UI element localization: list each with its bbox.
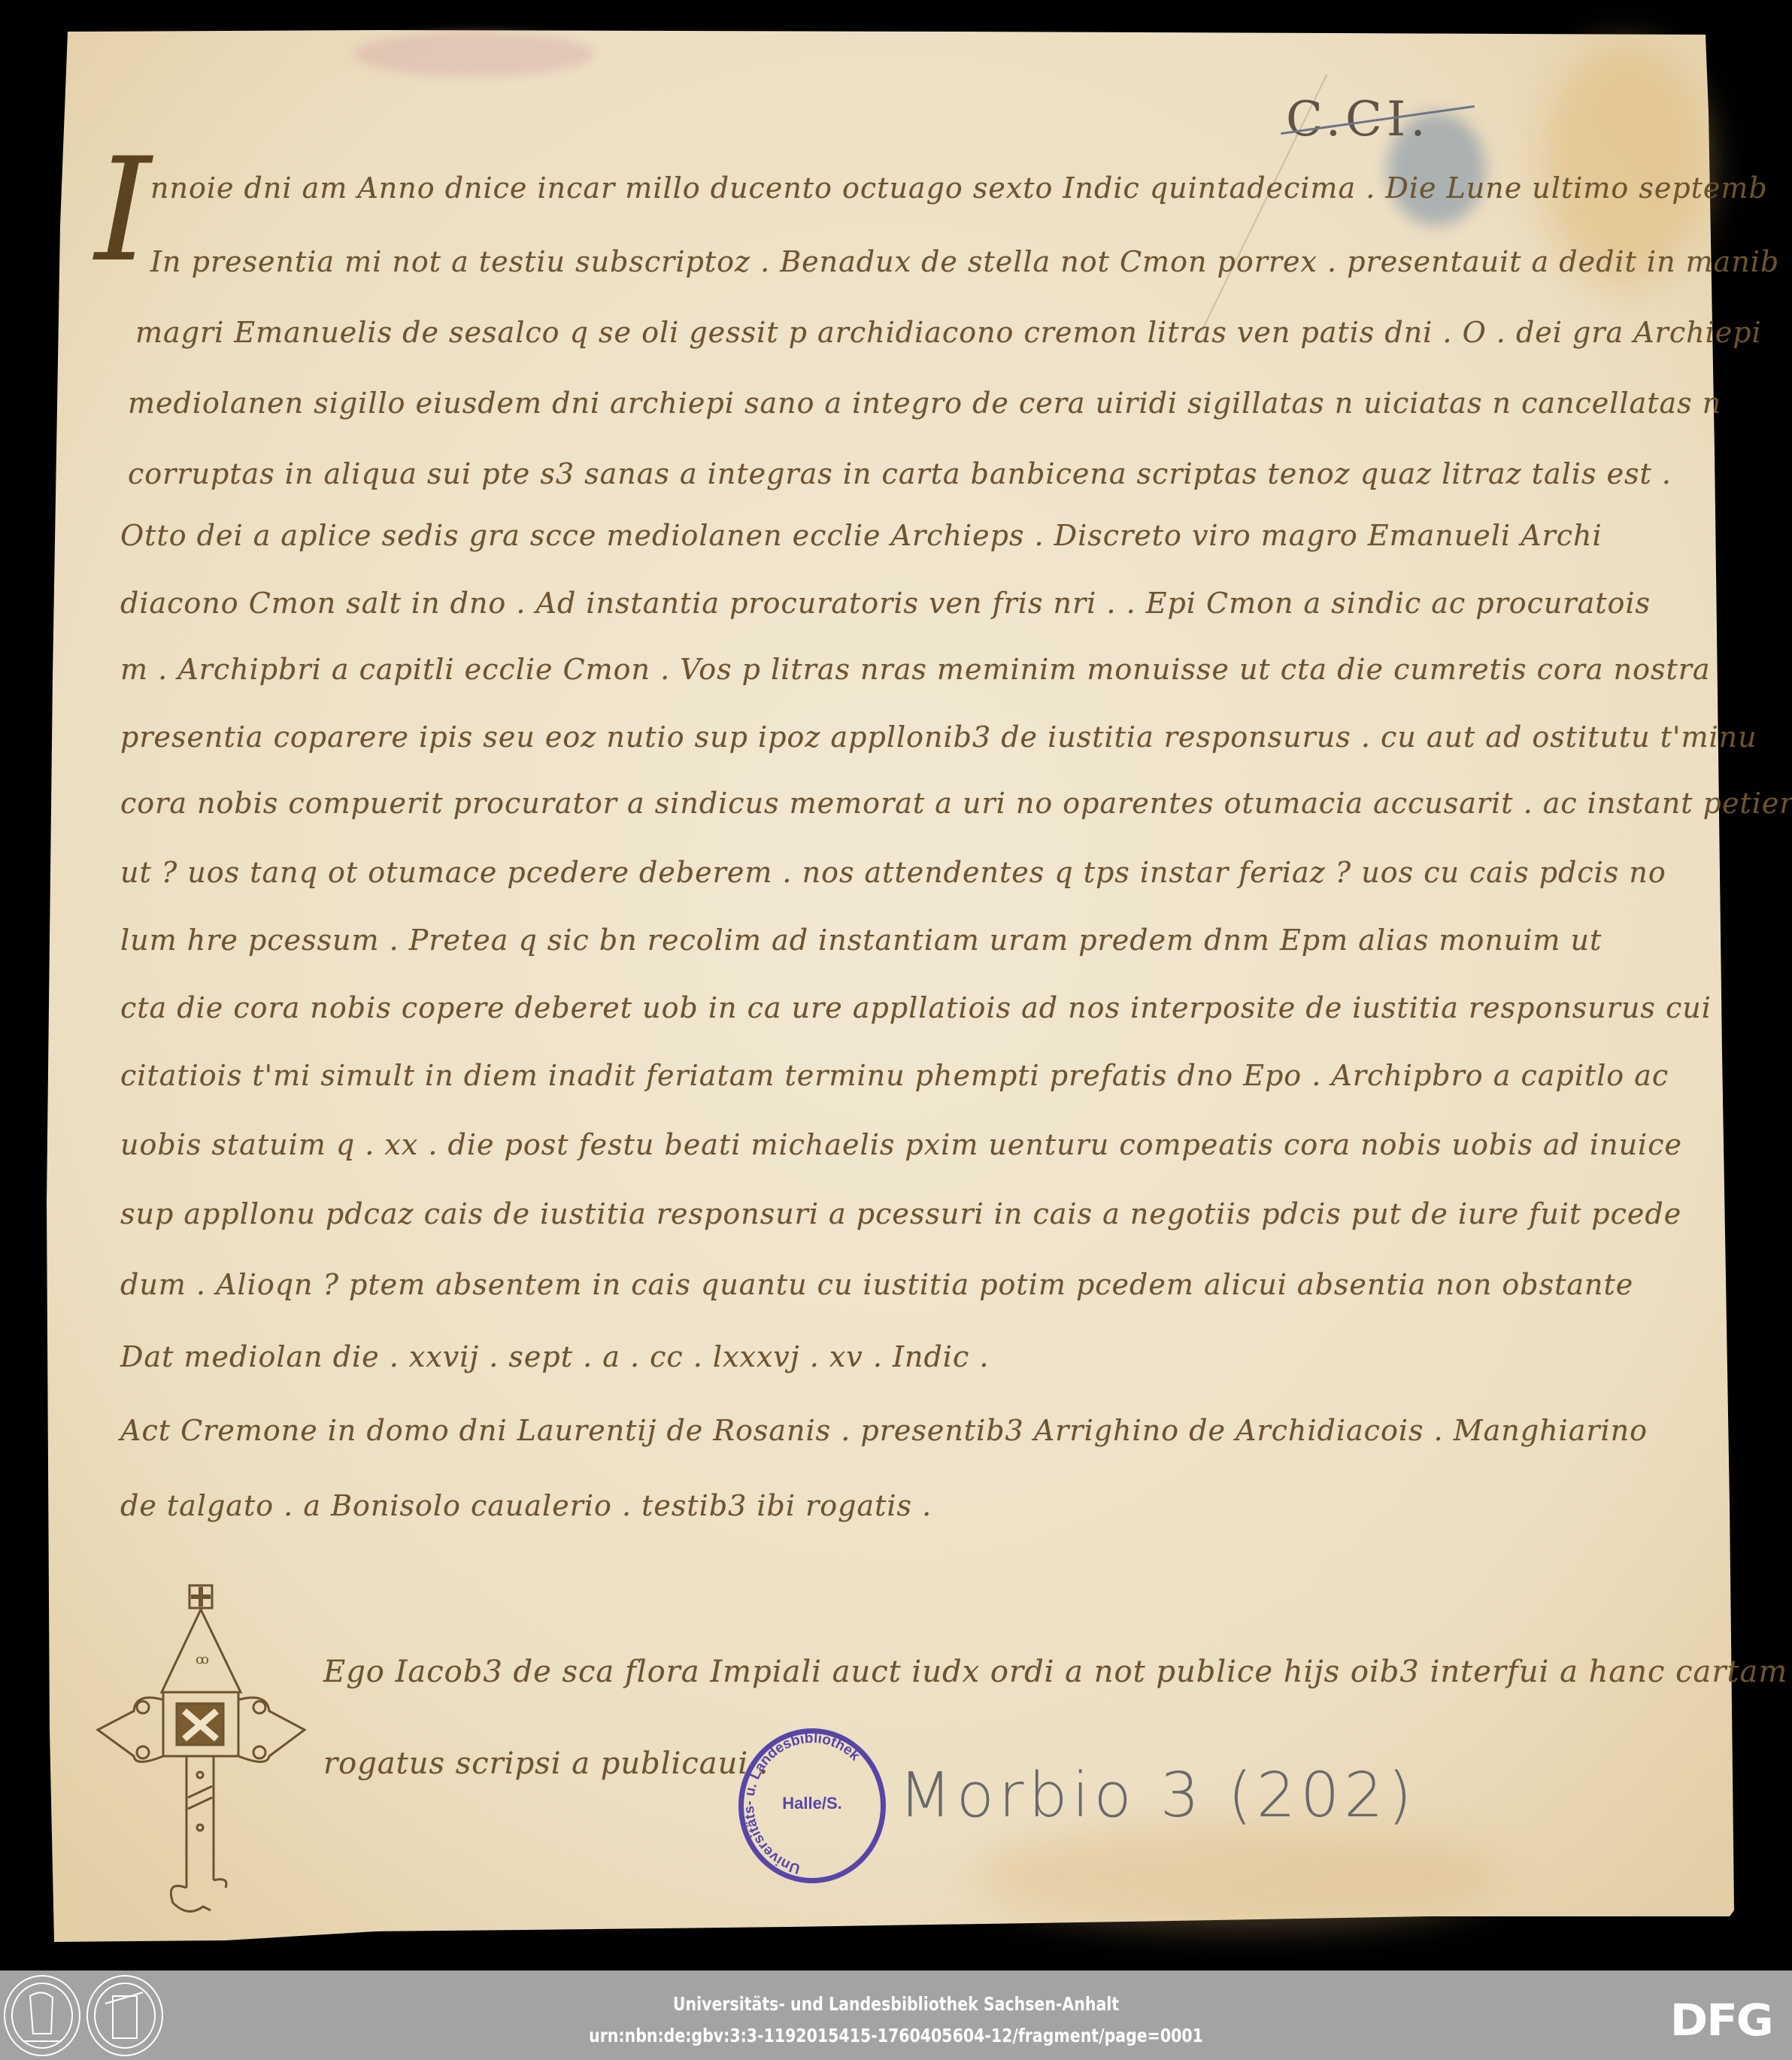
text-line: dum . Alioqn ? ptem absentem in cais qua… bbox=[120, 1268, 1633, 1301]
text-line: presentia coparere ipis seu eoz nutio su… bbox=[120, 721, 1757, 754]
library-ownership-stamp: Universitäts- u. Landesbibliothek Halle/… bbox=[738, 1728, 886, 1883]
text-line: cta die cora nobis copere deberet uob in… bbox=[120, 991, 1712, 1024]
text-line: m . Archipbri a capitli ecclie Cmon . Vo… bbox=[120, 653, 1711, 686]
text-line: cora nobis compuerit procurator a sindic… bbox=[120, 787, 1792, 820]
urn-identifier[interactable]: urn:nbn:de:gbv:3:3-1192015415-1760405604… bbox=[161, 2025, 1630, 2046]
dfg-logo[interactable]: DFG bbox=[1670, 1995, 1772, 2046]
document-viewer: C.CI. I nnoie dni am Anno dnice incar mi… bbox=[0, 0, 1792, 1971]
text-line: Act Cremone in domo dni Laurentij de Ros… bbox=[120, 1414, 1648, 1447]
repository-footer: Universitäts- und Landesbibliothek Sachs… bbox=[0, 1971, 1792, 2060]
university-seals-logo[interactable] bbox=[0, 1974, 173, 2058]
notary-signum-icon: ꝏ bbox=[90, 1579, 316, 1918]
text-line: sup appllonu pdcaz cais de iustitia resp… bbox=[120, 1197, 1681, 1230]
text-line: citatiois t'mi simult in diem inadit fer… bbox=[120, 1059, 1669, 1092]
text-line: de talgato . a Bonisolo caualerio . test… bbox=[120, 1489, 932, 1522]
text-line: mediolanen sigillo eiusdem dni archiepi … bbox=[128, 387, 1721, 420]
text-line: In presentia mi not a testiu subscriptoz… bbox=[150, 245, 1779, 278]
text-line: diacono Cmon salt in dno . Ad instantia … bbox=[120, 587, 1651, 620]
text-line: magri Emanuelis de sesalco q se oli gess… bbox=[135, 316, 1762, 349]
decorated-initial: I bbox=[95, 139, 151, 282]
parchment-sheet: C.CI. I nnoie dni am Anno dnice incar mi… bbox=[0, 0, 1792, 1971]
text-line: uobis statuim q . xx . die post festu be… bbox=[120, 1128, 1682, 1161]
pencil-annotation: Morbio 3 (202) bbox=[899, 1760, 1416, 1831]
subscription-line: Ego Iacob3 de sca flora Impiali auct iud… bbox=[323, 1655, 1787, 1689]
shelf-mark: C.CI. bbox=[1286, 92, 1430, 147]
institution-name: Universitäts- und Landesbibliothek Sachs… bbox=[161, 1993, 1630, 2015]
subscription-line: rogatus scripsi a publicaui . bbox=[323, 1746, 769, 1781]
text-line: Otto dei a aplice sedis gra scce mediola… bbox=[120, 519, 1602, 552]
text-line: Dat mediolan die . xxvij . sept . a . cc… bbox=[120, 1340, 989, 1373]
stamp-center-text: Halle/S. bbox=[744, 1794, 881, 1813]
text-line: corruptas in aliqua sui pte s3 sanas a i… bbox=[128, 457, 1672, 490]
svg-text:ꝏ: ꝏ bbox=[196, 1652, 209, 1667]
text-line: lum hre pcessum . Pretea q sic bn recoli… bbox=[120, 924, 1602, 957]
text-line: ut ? uos tanq ot otumace pcedere deberem… bbox=[120, 856, 1666, 889]
text-line: nnoie dni am Anno dnice incar millo duce… bbox=[150, 171, 1768, 205]
